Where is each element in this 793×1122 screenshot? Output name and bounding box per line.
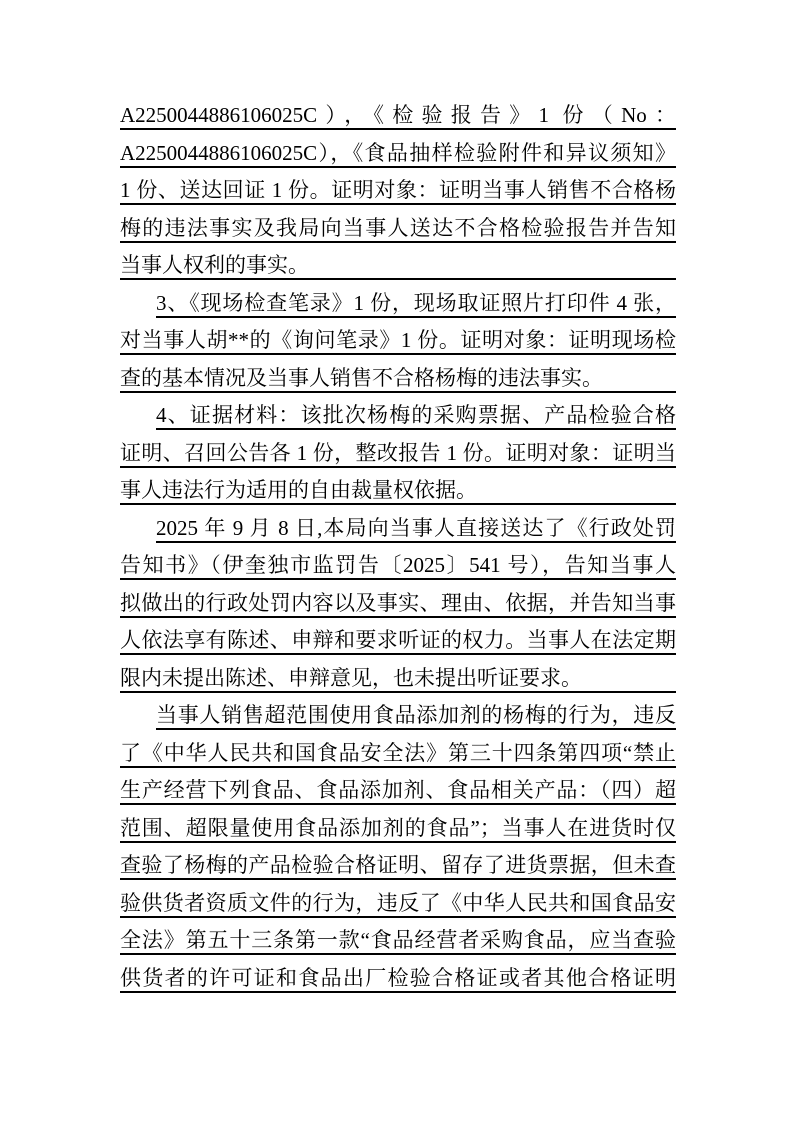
text-line: 拟做出的行政处罚内容以及事实、理由、依据，并告知当事 <box>120 585 676 623</box>
text-line: 查的基本情况及当事人销售不合格杨梅的违法事实。 <box>120 360 676 398</box>
text-line: 验供货者资质文件的行为，违反了《中华人民共和国食品安 <box>120 885 676 923</box>
text-line: 告知书》（伊奎独市监罚告〔2025〕541 号），告知当事人 <box>120 547 676 585</box>
text-line: 证明、召回公告各 1 份，整改报告 1 份。证明对象：证明当 <box>120 435 676 473</box>
document-page: A2250044886106025C），《检验报告》1 份（No：A225004… <box>0 0 793 1122</box>
text-line: 全法》第五十三条第一款“食品经营者采购食品，应当查验 <box>120 922 676 960</box>
paragraph: 2025 年 9 月 8 日,本局向当事人直接送达了《行政处罚告知书》（伊奎独市… <box>120 510 676 698</box>
text-line: 梅的违法事实及我局向当事人送达不合格检验报告并告知 <box>120 210 676 248</box>
document-body: A2250044886106025C），《检验报告》1 份（No：A225004… <box>120 97 676 997</box>
text-line: 范围、超限量使用食品添加剂的食品”；当事人在进货时仅 <box>120 810 676 848</box>
text-line: 了《中华人民共和国食品安全法》第三十四条第四项“禁止 <box>120 735 676 773</box>
text-line: 事人违法行为适用的自由裁量权依据。 <box>120 472 676 510</box>
paragraph: A2250044886106025C），《检验报告》1 份（No：A225004… <box>120 97 676 285</box>
text-line: 生产经营下列食品、食品添加剂、食品相关产品：（四）超 <box>120 772 676 810</box>
text-line: 1 份、送达回证 1 份。证明对象：证明当事人销售不合格杨 <box>120 172 676 210</box>
paragraph: 3、《现场检查笔录》1 份，现场取证照片打印件 4 张，对当事人胡**的《询问笔… <box>120 285 676 398</box>
text-line: 限内未提出陈述、申辩意见，也未提出听证要求。 <box>120 660 676 698</box>
text-line: 2025 年 9 月 8 日,本局向当事人直接送达了《行政处罚 <box>120 510 676 548</box>
text-line: 当事人权利的事实。 <box>120 247 676 285</box>
text-line: 4、证据材料：该批次杨梅的采购票据、产品检验合格 <box>120 397 676 435</box>
paragraph: 当事人销售超范围使用食品添加剂的杨梅的行为，违反了《中华人民共和国食品安全法》第… <box>120 697 676 997</box>
text-line: 对当事人胡**的《询问笔录》1 份。证明对象：证明现场检 <box>120 322 676 360</box>
text-line: 人依法享有陈述、申辩和要求听证的权力。当事人在法定期 <box>120 622 676 660</box>
text-line: 查验了杨梅的产品检验合格证明、留存了进货票据，但未查 <box>120 847 676 885</box>
text-line: A2250044886106025C），《食品抽样检验附件和异议须知》 <box>120 135 676 173</box>
text-line: 供货者的许可证和食品出厂检验合格证或者其他合格证明 <box>120 960 676 998</box>
paragraph: 4、证据材料：该批次杨梅的采购票据、产品检验合格证明、召回公告各 1 份，整改报… <box>120 397 676 510</box>
text-line: 3、《现场检查笔录》1 份，现场取证照片打印件 4 张， <box>120 285 676 323</box>
text-line: 当事人销售超范围使用食品添加剂的杨梅的行为，违反 <box>120 697 676 735</box>
text-line: A2250044886106025C），《检验报告》1 份（No： <box>120 97 676 135</box>
